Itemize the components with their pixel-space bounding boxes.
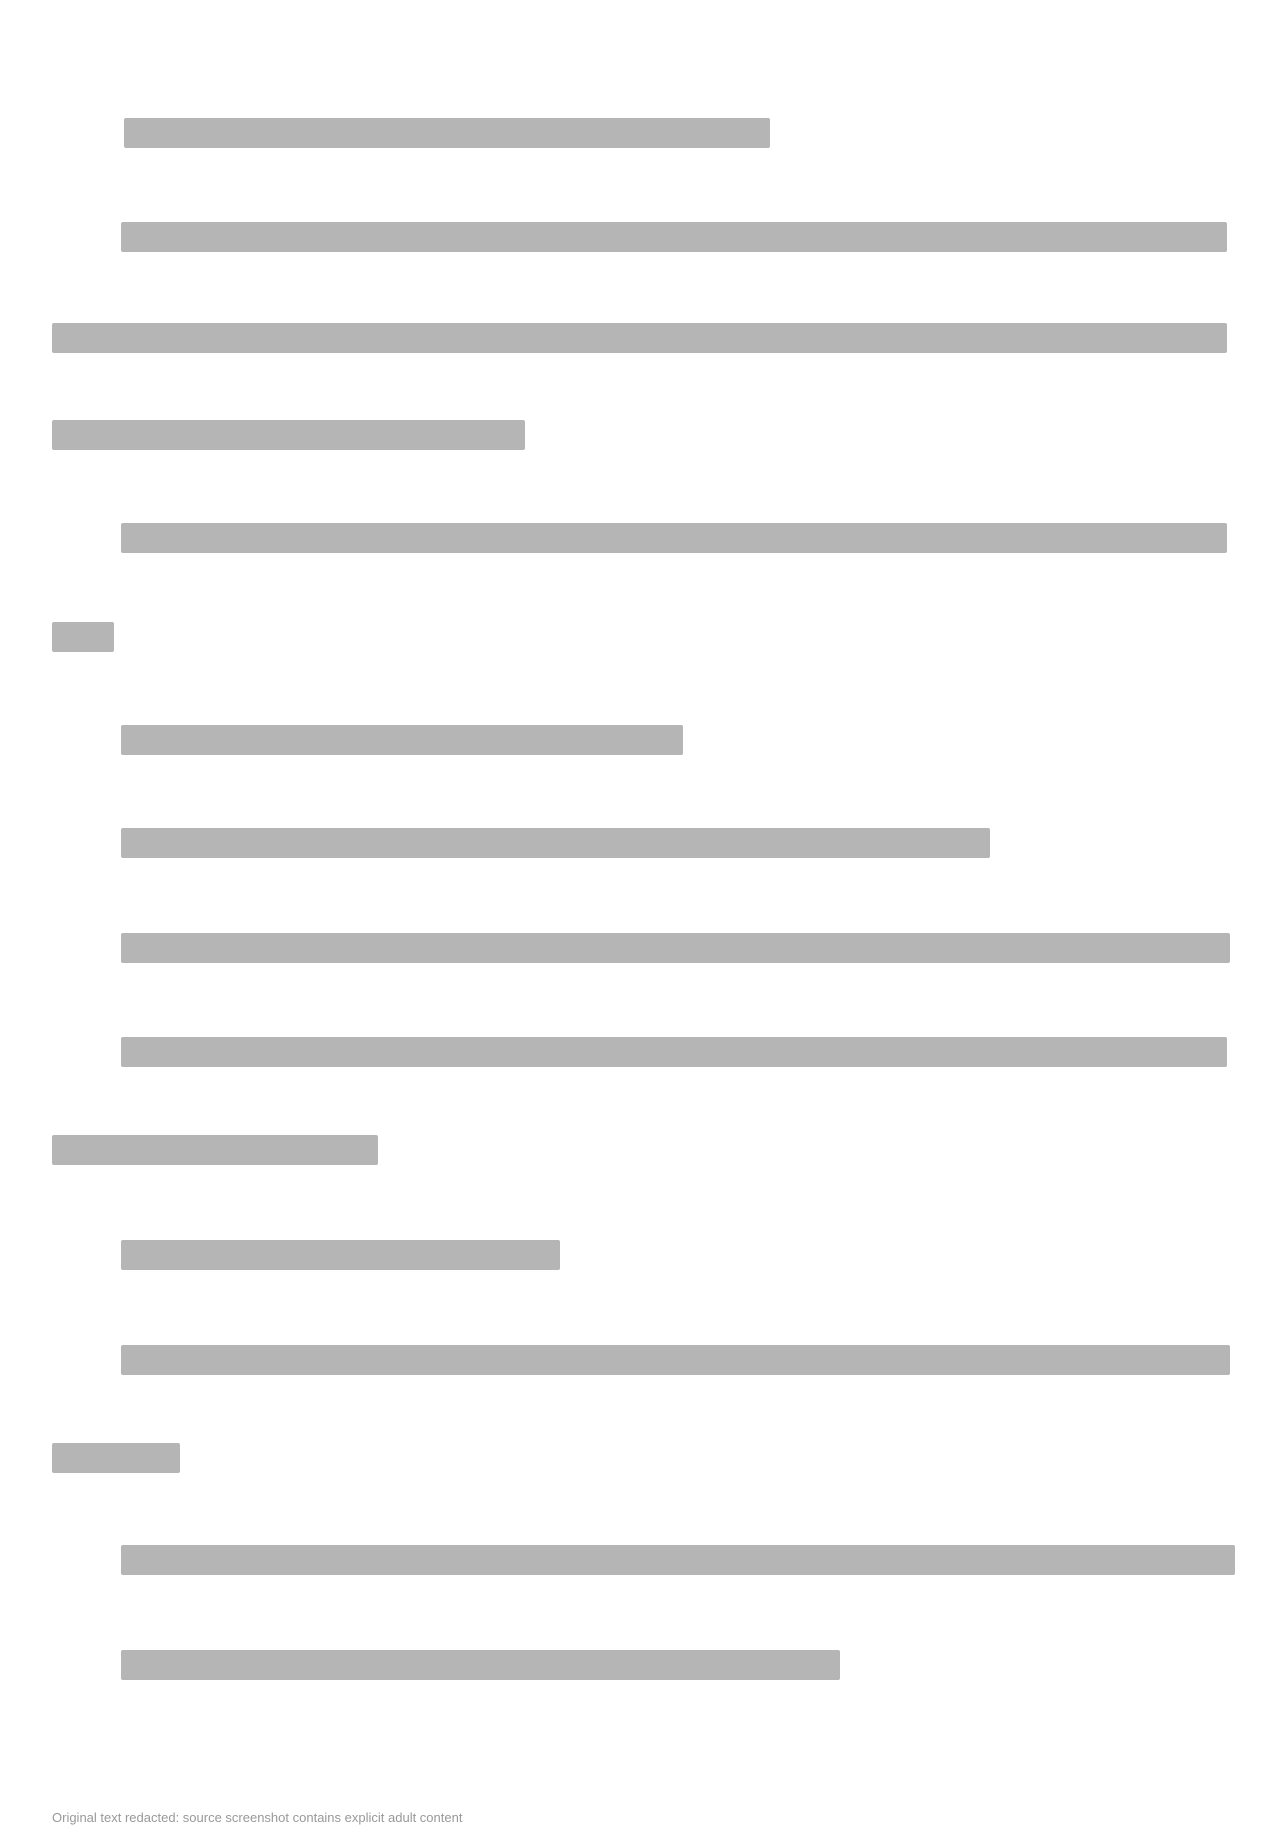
redacted-text-line [52, 323, 1227, 353]
redacted-text-line [52, 420, 525, 450]
redacted-text-line [52, 622, 114, 652]
redacted-text-line [121, 523, 1227, 553]
redacted-text-line [121, 222, 1227, 252]
redacted-text-line [52, 1443, 180, 1473]
redacted-text-line [121, 1650, 840, 1680]
redacted-text-block [0, 0, 1280, 1843]
redacted-text-line [121, 933, 1230, 963]
document-page: Original text redacted: source screensho… [0, 0, 1280, 1843]
redacted-text-line [121, 725, 683, 755]
redacted-text-line [52, 1135, 378, 1165]
redacted-text-line [121, 1345, 1230, 1375]
redaction-notice: Original text redacted: source screensho… [52, 1810, 462, 1825]
redacted-text-line [124, 118, 770, 148]
redacted-text-line [121, 1240, 560, 1270]
redacted-text-line [121, 1037, 1227, 1067]
redacted-text-line [121, 828, 990, 858]
redacted-text-line [121, 1545, 1235, 1575]
